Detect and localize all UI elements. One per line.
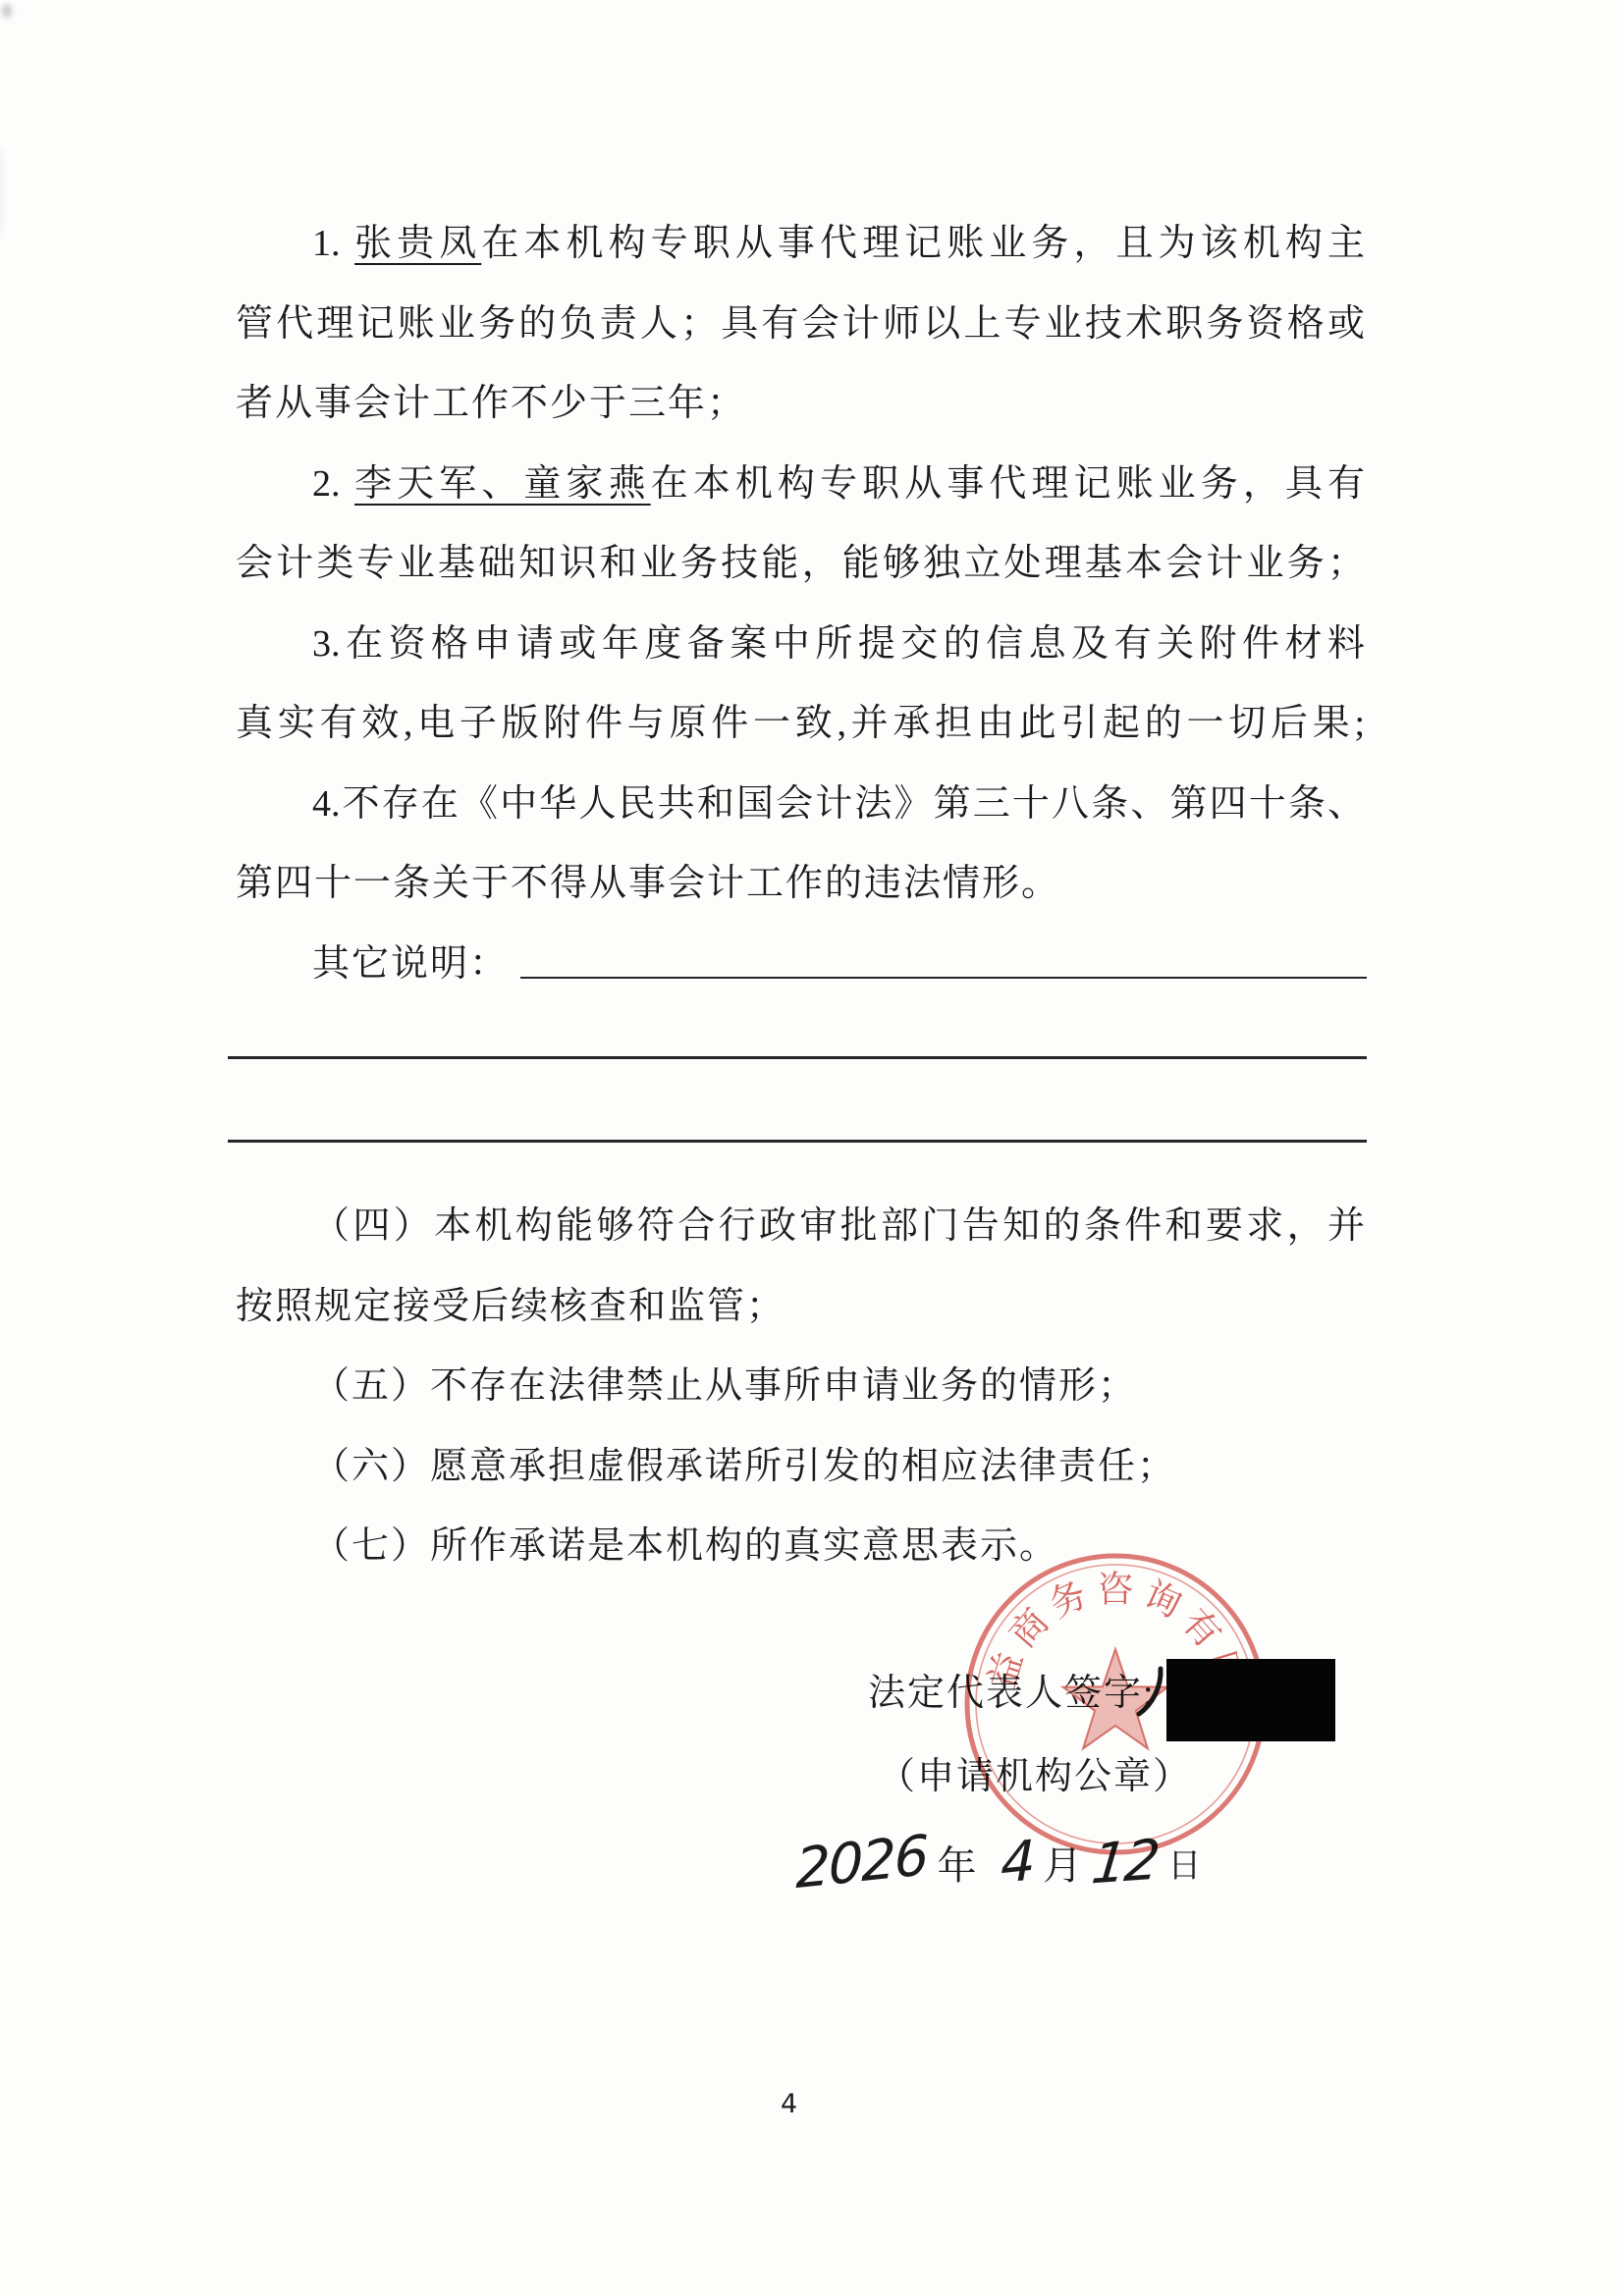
item-1-number: 1.	[312, 223, 354, 264]
clause-5: （五）不存在法律禁止从事所申请业务的情形；	[236, 1347, 1365, 1425]
signature-stroke	[1135, 1665, 1168, 1720]
item-3-line-2: 真实有效,电子版附件与原件一致,并承担由此引起的一切后果;	[236, 684, 1365, 763]
item-4-line-1: 4.不存在《中华人民共和国会计法》第三十八条、第四十条、	[236, 765, 1365, 843]
clause-4-line-2: 按照规定接受后续核查和监管；	[236, 1267, 1365, 1346]
svg-text:咨: 咨	[1098, 1571, 1134, 1611]
item-2-number: 2.	[312, 463, 354, 505]
item-2-line-2: 会计类专业基础知识和业务技能，能够独立处理基本会计业务；	[236, 524, 1365, 603]
item-1-name-blank: 张贵凤	[354, 223, 481, 264]
page-number: 4	[781, 2089, 797, 2119]
svg-text:询: 询	[1138, 1575, 1188, 1627]
fill-in-blank-line	[228, 1140, 1367, 1143]
item-1-text: 在本机构专职从事代理记账业务，且为该机构主	[481, 223, 1365, 264]
other-notes-label: 其它说明：	[236, 925, 1365, 1003]
fill-in-blank-line	[228, 1056, 1367, 1059]
item-2-line-1: 2. 李天军、童家燕在本机构专职从事代理记账业务，具有	[236, 445, 1365, 523]
scanned-document-page: 1. 张贵凤在本机构专职从事代理记账业务，且为该机构主 管代理记账业务的负责人；…	[0, 0, 1623, 2296]
clause-4-line-1: （四）本机构能够符合行政审批部门告知的条件和要求，并	[236, 1187, 1365, 1265]
item-4-line-2: 第四十一条关于不得从事会计工作的违法情形。	[236, 844, 1365, 923]
svg-text:益: 益	[982, 1647, 1031, 1693]
svg-text:有: 有	[1173, 1601, 1228, 1656]
scan-smudge	[0, 147, 4, 236]
item-2-names-blank: 李天军、童家燕	[354, 463, 651, 505]
item-2-text: 在本机构专职从事代理记账业务，具有	[651, 463, 1365, 505]
svg-text:务: 务	[1043, 1574, 1093, 1627]
scan-smudge	[2, 4, 12, 18]
item-3-line-1: 3.在资格申请或年度备案中所提交的信息及有关附件材料	[236, 605, 1365, 683]
redaction-box	[1166, 1659, 1335, 1741]
item-1-line-3: 者从事会计工作不少于三年；	[236, 364, 1365, 443]
item-1-line-2: 管代理记账业务的负责人；具有会计师以上专业技术职务资格或	[236, 285, 1365, 363]
svg-text:商: 商	[1002, 1601, 1057, 1656]
date-year: 2026	[795, 1823, 927, 1900]
clause-6: （六）愿意承担虚假承诺所引发的相应法律责任；	[236, 1427, 1365, 1506]
item-1-line-1: 1. 张贵凤在本机构专职从事代理记账业务，且为该机构主	[236, 204, 1365, 283]
